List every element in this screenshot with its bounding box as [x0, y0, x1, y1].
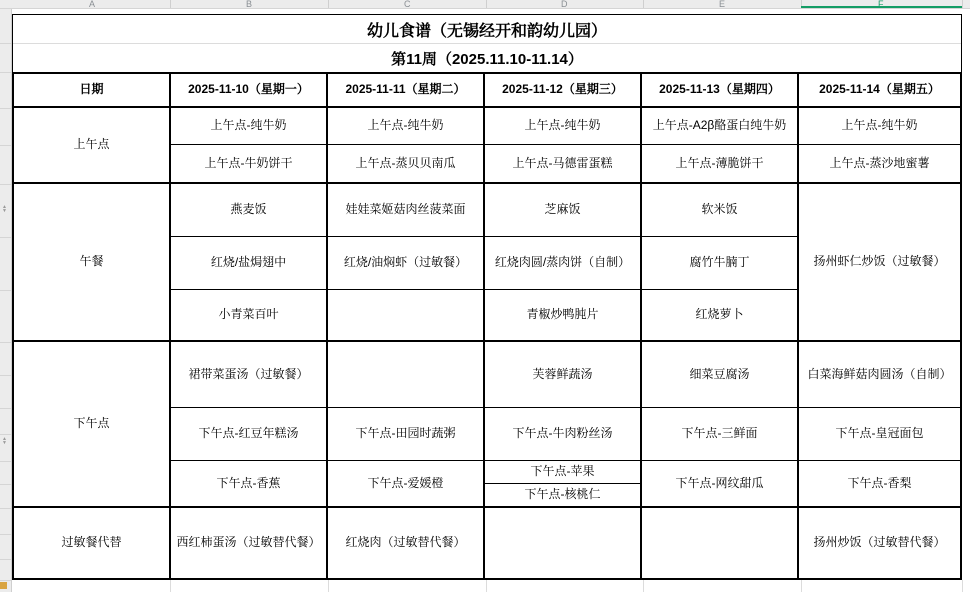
cell-pm3-mon[interactable]: 下午点-香蕉: [171, 461, 328, 508]
cell-lunch1-mon[interactable]: 燕麦饭: [171, 184, 328, 237]
cell-lunch1-tue[interactable]: 娃娃菜姬菇肉丝菠菜面: [328, 184, 485, 237]
cell-lunch3-tue[interactable]: [328, 290, 485, 342]
row-divider: [0, 290, 12, 291]
row-label-am-snack[interactable]: 上午点: [14, 108, 171, 184]
column-header-b[interactable]: B: [246, 0, 252, 9]
cell-pm1-wed[interactable]: 芙蓉鲜蔬汤: [485, 342, 642, 408]
cell-am2-wed[interactable]: 上午点-马德雷蛋糕: [485, 145, 642, 184]
row-divider: [0, 72, 12, 73]
cell-allergy-mon[interactable]: 西红柿蛋汤（过敏替代餐）: [171, 508, 328, 578]
column-header-a[interactable]: A: [89, 0, 95, 9]
gridline: [801, 580, 802, 592]
row-divider: [0, 43, 12, 44]
cell-pm3-thu[interactable]: 下午点-网纹甜瓜: [642, 461, 799, 508]
row-divider: [0, 408, 12, 409]
row-divider: [0, 145, 12, 146]
cell-allergy-thu[interactable]: [642, 508, 799, 578]
column-divider: [486, 0, 487, 9]
cell-pm2-tue[interactable]: 下午点-田园时蔬粥: [328, 408, 485, 461]
row-header-strip[interactable]: ▲▼ ▲▼: [0, 9, 12, 592]
row-divider: [0, 461, 12, 462]
cell-lunch2-thu[interactable]: 腐竹牛腩丁: [642, 237, 799, 290]
gridline: [486, 580, 487, 592]
cell-pm2-mon[interactable]: 下午点-红豆年糕汤: [171, 408, 328, 461]
gridline: [328, 580, 329, 592]
row-divider: [0, 108, 12, 109]
sheet-artifact: [0, 582, 7, 589]
cell-lunch2-wed[interactable]: 红烧肉圆/蒸肉饼（自制）: [485, 237, 642, 290]
header-fri[interactable]: 2025-11-14（星期五）: [799, 74, 960, 108]
cell-pm3-fri[interactable]: 下午点-香梨: [799, 461, 960, 508]
cell-lunch3-thu[interactable]: 红烧萝卜: [642, 290, 799, 342]
cell-pm1-mon[interactable]: 裙带菜蛋汤（过敏餐）: [171, 342, 328, 408]
selected-column-indicator: [801, 6, 962, 9]
row-divider: [0, 342, 12, 343]
gridline: [962, 580, 963, 592]
cell-am1-fri[interactable]: 上午点-纯牛奶: [799, 108, 960, 145]
cell-allergy-fri[interactable]: 扬州炒饭（过敏替代餐）: [799, 508, 960, 578]
row-label-allergy[interactable]: 过敏餐代替: [14, 508, 171, 578]
cell-pm3-wed-bottom[interactable]: 下午点-核桃仁: [485, 484, 640, 506]
cell-pm3-wed-split: 下午点-苹果 下午点-核桃仁: [485, 461, 642, 508]
cell-am2-mon[interactable]: 上午点-牛奶饼干: [171, 145, 328, 184]
cell-pm1-thu[interactable]: 细菜豆腐汤: [642, 342, 799, 408]
row-divider: [0, 237, 12, 238]
header-wed[interactable]: 2025-11-12（星期三）: [485, 74, 642, 108]
spin-handle-icon: ▲▼: [2, 205, 7, 213]
row-divider: [0, 508, 12, 509]
column-divider: [328, 0, 329, 9]
row-divider: [0, 534, 12, 535]
column-header-strip: A B C D E F: [0, 0, 970, 9]
cell-am2-fri[interactable]: 上午点-蒸沙地蜜薯: [799, 145, 960, 184]
row-divider: [0, 559, 12, 560]
title-block: 幼儿食谱（无锡经开和韵幼儿园） 第11周（2025.11.10-11.14）: [12, 14, 962, 72]
column-divider: [962, 0, 963, 9]
cell-lunch3-mon[interactable]: 小青菜百叶: [171, 290, 328, 342]
column-divider: [170, 0, 171, 9]
cell-pm1-tue[interactable]: [328, 342, 485, 408]
column-header-d[interactable]: D: [561, 0, 568, 9]
cell-am2-thu[interactable]: 上午点-薄脆饼干: [642, 145, 799, 184]
row-divider: [0, 184, 12, 185]
row-divider: [0, 434, 12, 435]
spreadsheet-window: A B C D E F ▲▼ ▲▼ 幼儿食谱（无锡经开和韵幼儿园） 第11周（2…: [0, 0, 970, 592]
row-divider: [0, 580, 12, 581]
cell-am1-wed[interactable]: 上午点-纯牛奶: [485, 108, 642, 145]
cell-pm2-wed[interactable]: 下午点-牛肉粉丝汤: [485, 408, 642, 461]
cell-lunch2-tue[interactable]: 红烧/油焖虾（过敏餐）: [328, 237, 485, 290]
column-header-e[interactable]: E: [719, 0, 725, 9]
cell-am2-tue[interactable]: 上午点-蒸贝贝南瓜: [328, 145, 485, 184]
header-mon[interactable]: 2025-11-10（星期一）: [171, 74, 328, 108]
header-date[interactable]: 日期: [14, 74, 171, 108]
cell-am1-mon[interactable]: 上午点-纯牛奶: [171, 108, 328, 145]
cell-lunch1-wed[interactable]: 芝麻饭: [485, 184, 642, 237]
cell-am1-thu[interactable]: 上午点-A2β酪蛋白纯牛奶: [642, 108, 799, 145]
cell-allergy-wed[interactable]: [485, 508, 642, 578]
cell-pm3-tue[interactable]: 下午点-爱媛橙: [328, 461, 485, 508]
gridline: [170, 580, 171, 592]
cell-pm3-wed-top[interactable]: 下午点-苹果: [485, 461, 640, 484]
row-label-lunch[interactable]: 午餐: [14, 184, 171, 342]
cell-pm2-fri[interactable]: 下午点-皇冠面包: [799, 408, 960, 461]
sheet-subtitle-cell[interactable]: 第11周（2025.11.10-11.14）: [13, 44, 961, 72]
cell-lunch3-wed[interactable]: 青椒炒鸭肫片: [485, 290, 642, 342]
cell-lunch2-mon[interactable]: 红烧/盐焗翅中: [171, 237, 328, 290]
spin-handle-icon: ▲▼: [2, 437, 7, 445]
gridline: [643, 580, 644, 592]
column-header-c[interactable]: C: [404, 0, 411, 9]
menu-table: 日期 2025-11-10（星期一） 2025-11-11（星期二） 2025-…: [12, 72, 962, 580]
header-thu[interactable]: 2025-11-13（星期四）: [642, 74, 799, 108]
row-divider: [0, 375, 12, 376]
cell-allergy-tue[interactable]: 红烧肉（过敏替代餐）: [328, 508, 485, 578]
header-tue[interactable]: 2025-11-11（星期二）: [328, 74, 485, 108]
row-label-pm-snack[interactable]: 下午点: [14, 342, 171, 508]
cell-pm2-thu[interactable]: 下午点-三鲜面: [642, 408, 799, 461]
sheet-title-cell[interactable]: 幼儿食谱（无锡经开和韵幼儿园）: [13, 15, 961, 44]
cell-lunch-fri-merged[interactable]: 扬州虾仁炒饭（过敏餐）: [799, 184, 960, 342]
cell-lunch1-thu[interactable]: 软米饭: [642, 184, 799, 237]
row-divider: [0, 484, 12, 485]
column-divider: [643, 0, 644, 9]
cell-am1-tue[interactable]: 上午点-纯牛奶: [328, 108, 485, 145]
cell-pm1-fri[interactable]: 白菜海鲜菇肉圆汤（自制）: [799, 342, 960, 408]
